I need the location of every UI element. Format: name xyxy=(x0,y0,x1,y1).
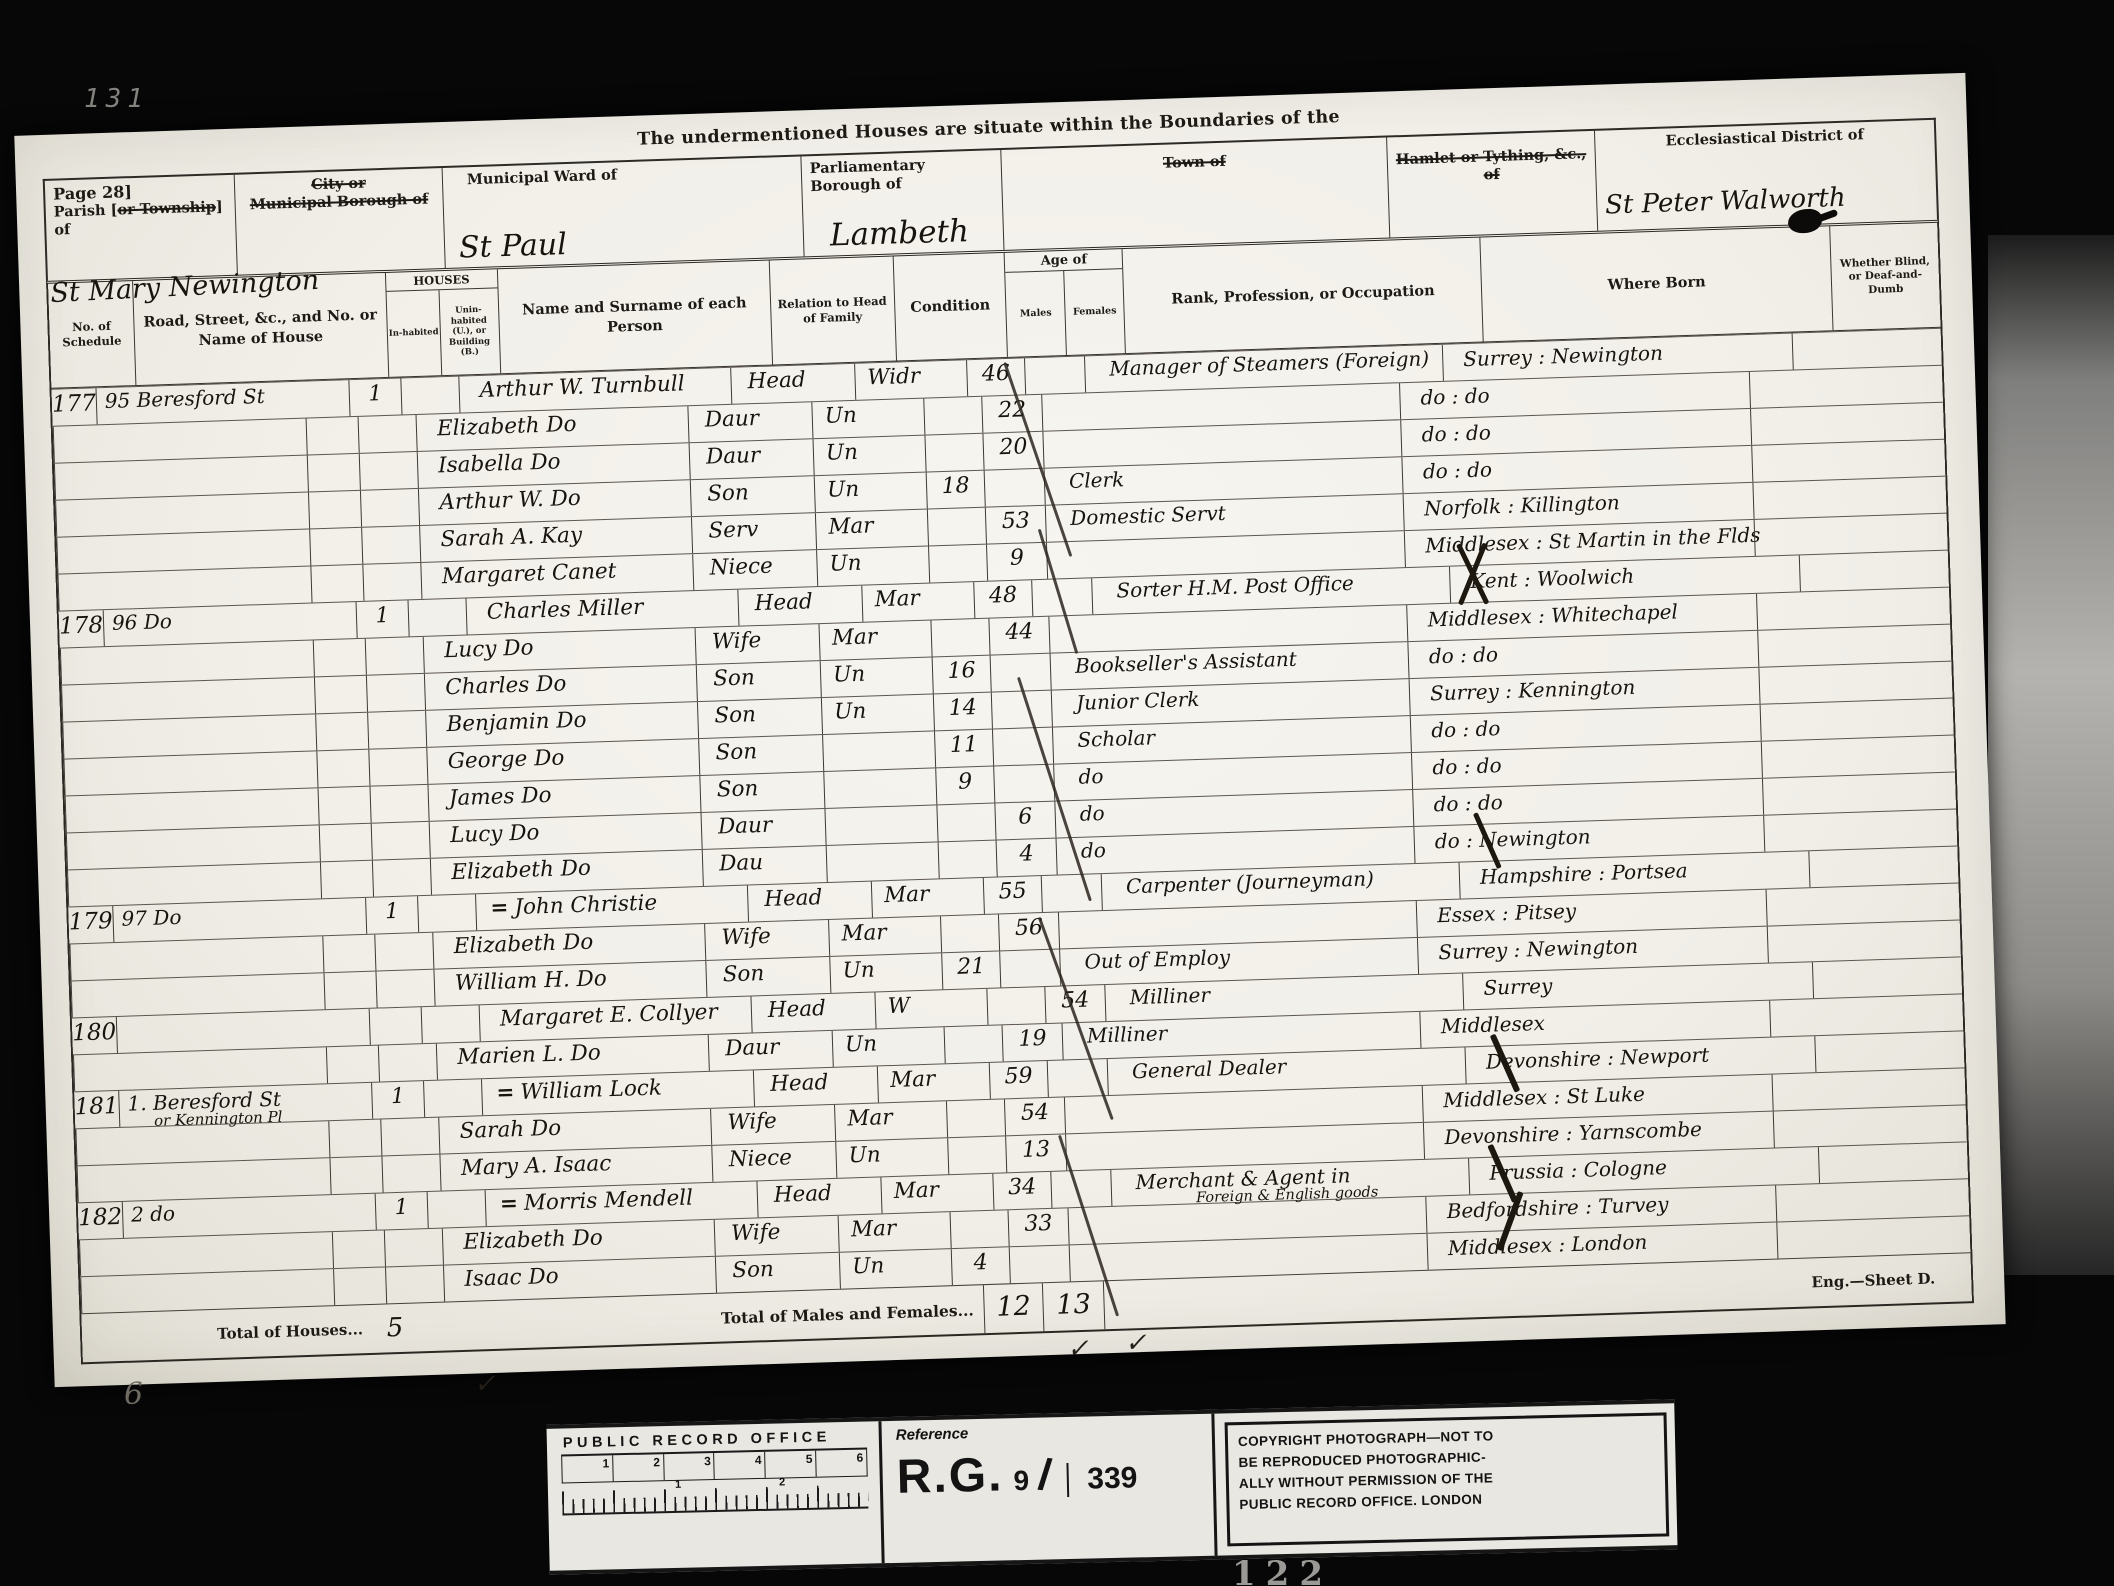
total-males: 12 xyxy=(984,1283,1045,1333)
blind-deaf-dumb xyxy=(1773,1108,1882,1147)
enumerator-mark xyxy=(480,600,481,625)
relation-to-head: Son xyxy=(690,476,815,516)
houses-inhabited: 1 xyxy=(365,896,418,934)
age-male: 9 xyxy=(935,767,994,805)
age-male: 59 xyxy=(989,1061,1048,1099)
age-female: 9 xyxy=(986,543,1047,581)
age-male: 48 xyxy=(973,580,1032,618)
houses-inhabited xyxy=(328,1120,381,1158)
houses-inhabited xyxy=(306,417,359,455)
town-box: Town of xyxy=(1001,138,1390,250)
age-female: 54 xyxy=(1004,1097,1065,1135)
blind-deaf-dumb xyxy=(1772,1071,1881,1110)
schedule-number: 178 xyxy=(59,610,104,647)
ruler-inch-label: 1 xyxy=(562,1455,612,1482)
relation-to-head: Daur xyxy=(701,809,826,849)
relation-to-head: Son xyxy=(696,661,821,701)
header-inhabited: In-habited xyxy=(386,290,441,377)
person-name: Margaret E. Collyer xyxy=(500,1000,719,1032)
blind-deaf-dumb xyxy=(1812,959,1921,998)
blind-deaf-dumb xyxy=(1769,997,1878,1036)
header-blind: Whether Blind, or Deaf-and-Dumb xyxy=(1829,223,1940,330)
enumerator-mark xyxy=(444,823,445,848)
age-female: 13 xyxy=(1005,1134,1066,1172)
condition: Un xyxy=(813,436,926,476)
reference-series: R.G. xyxy=(896,1447,1004,1504)
houses-inhabited xyxy=(369,1007,422,1045)
address-line1: 95 Beresford St xyxy=(104,380,349,414)
houses-uninhabited xyxy=(358,415,417,453)
relation-to-head: Head xyxy=(737,586,862,626)
relation-to-head: Wife xyxy=(704,920,829,960)
relation-to-head: Head xyxy=(753,1066,878,1106)
header-houses-group: HOUSES In-habited Unin-habited (U.), or … xyxy=(385,269,500,377)
condition: W xyxy=(874,989,987,1029)
enumerator-mark xyxy=(440,712,441,737)
total-females: 13 xyxy=(1043,1281,1106,1331)
blind-deaf-dumb xyxy=(1760,701,1869,740)
blind-deaf-dumb xyxy=(1763,812,1872,851)
houses-uninhabited xyxy=(366,674,425,712)
enumerator-mark: = xyxy=(500,1191,519,1217)
age-female: 4 xyxy=(996,839,1057,877)
enumerator-mark: = xyxy=(496,1080,515,1106)
houses-uninhabited xyxy=(372,859,431,897)
relation-to-head: Wife xyxy=(695,624,820,664)
blind-deaf-dumb xyxy=(1752,479,1861,518)
person-name: Elizabeth Do xyxy=(437,412,577,441)
houses-inhabited: 1 xyxy=(355,600,408,638)
reference-value: R.G. 9 / 339 xyxy=(896,1443,1199,1505)
houses-uninhabited xyxy=(374,933,433,971)
houses-inhabited xyxy=(323,972,376,1010)
blind-deaf-dumb xyxy=(1756,590,1865,629)
census-page: The undermentioned Houses are situate wi… xyxy=(14,73,2005,1387)
houses-uninhabited xyxy=(369,785,428,823)
enumerator-mark xyxy=(434,527,435,552)
person-name: Marien L. Do xyxy=(457,1040,601,1070)
person-name: Elizabeth Do xyxy=(453,930,593,959)
age-female: 22 xyxy=(981,395,1042,433)
schedule-number: 181 xyxy=(74,1091,119,1128)
age-male: 14 xyxy=(933,693,992,731)
houses-uninhabited xyxy=(380,1118,439,1156)
reference-piece: 339 xyxy=(1067,1461,1138,1497)
houses-inhabited xyxy=(333,1267,386,1305)
enumerator-mark xyxy=(448,971,449,996)
parliamentary-box: Parliamentary Borough of Lambeth xyxy=(800,150,1003,256)
borough-box: City or Municipal Borough of xyxy=(234,168,445,275)
houses-uninhabited xyxy=(371,822,430,860)
reference-class: 9 xyxy=(1013,1465,1029,1497)
person-name: William Lock xyxy=(520,1075,662,1105)
ward-box: Municipal Ward of St Paul xyxy=(441,156,803,268)
relation-to-head: Wife xyxy=(710,1105,835,1145)
age-male: 55 xyxy=(983,876,1042,914)
person-name: Isaac Do xyxy=(464,1264,559,1292)
person-name: John Christie xyxy=(514,890,658,920)
relation-to-head: Head xyxy=(756,1177,881,1217)
schedule-number: 182 xyxy=(78,1202,123,1239)
blind-deaf-dumb xyxy=(1766,886,1875,925)
houses-inhabited: 1 xyxy=(375,1192,428,1230)
enumerator-mark xyxy=(451,1045,452,1070)
condition: Un xyxy=(811,399,924,439)
houses-uninhabited xyxy=(400,377,459,415)
blind-deaf-dumb xyxy=(1767,923,1876,962)
houses-uninhabited xyxy=(384,1229,443,1267)
houses-inhabited xyxy=(319,824,372,862)
age-male: 34 xyxy=(992,1172,1051,1210)
age-male xyxy=(923,397,982,435)
houses-inhabited xyxy=(322,935,375,973)
hamlet-label-struck: Hamlet or Tything, &c., of xyxy=(1395,145,1587,187)
person-name: Benjamin Do xyxy=(446,708,587,738)
blind-deaf-dumb xyxy=(1749,368,1858,407)
houses-uninhabited xyxy=(407,599,466,637)
age-female: 19 xyxy=(1002,1023,1063,1061)
enumerator-mark xyxy=(431,417,432,442)
houses-uninhabited xyxy=(385,1266,444,1304)
blind-deaf-dumb xyxy=(1799,552,1908,591)
ward-label: Municipal Ward of xyxy=(451,161,794,190)
enumerator-mark xyxy=(432,454,433,479)
relation-to-head: Son xyxy=(698,735,823,775)
person-name: Sarah Do xyxy=(459,1116,561,1144)
age-male xyxy=(936,804,995,842)
header-born: Where Born xyxy=(1480,226,1833,341)
schedule-number: 177 xyxy=(52,388,97,425)
total-houses-label: Total of Houses... xyxy=(82,1320,371,1347)
age-male: 18 xyxy=(926,471,985,509)
person-name: Lucy Do xyxy=(444,635,534,663)
enumerator-mark xyxy=(458,1267,459,1292)
age-female: 53 xyxy=(985,506,1046,544)
person-name: Elizabeth Do xyxy=(463,1225,603,1254)
check-mark-houses: ✓ xyxy=(473,1369,496,1400)
houses-inhabited xyxy=(326,1046,379,1084)
houses-uninhabited xyxy=(360,489,419,527)
enumerator-mark xyxy=(438,638,439,663)
ruler-inch-label: 5 xyxy=(764,1451,815,1478)
table-rows: 177 95 Beresford St 1 Arthur W. Turnbull… xyxy=(51,328,1970,1314)
age-female xyxy=(991,691,1052,729)
person-name: Elizabeth Do xyxy=(451,856,591,885)
age-male xyxy=(924,434,983,472)
pro-ruler: PUBLIC RECORD OFFICE 123456 1 2 xyxy=(547,1421,882,1570)
condition: Un xyxy=(839,1249,952,1289)
blind-deaf-dumb xyxy=(1762,775,1871,814)
ruler-cm-labels: 1 2 xyxy=(562,1475,869,1512)
houses-uninhabited xyxy=(421,1005,480,1043)
blind-deaf-dumb xyxy=(1792,330,1901,369)
person-name: Charles Do xyxy=(445,671,567,700)
header-occupation: Rank, Profession, or Occupation xyxy=(1122,238,1483,353)
houses-uninhabited xyxy=(427,1190,486,1228)
relation-to-head: Daur xyxy=(687,402,812,442)
blind-deaf-dumb xyxy=(1758,664,1867,703)
relation-to-head: Son xyxy=(715,1253,840,1293)
age-male xyxy=(947,1136,1006,1174)
header-name: Name and Surname of each Person xyxy=(497,261,772,374)
condition: Un xyxy=(820,657,933,697)
header-relation: Relation to Head of Family xyxy=(768,257,895,365)
person-name: James Do xyxy=(449,783,552,811)
condition: Un xyxy=(821,694,934,734)
age-female xyxy=(984,469,1045,507)
enumerator-mark xyxy=(454,1156,455,1181)
blind-deaf-dumb xyxy=(1750,405,1859,444)
relation-to-head: Son xyxy=(705,957,830,997)
houses-inhabited xyxy=(313,639,366,677)
relation-to-head: Head xyxy=(747,882,872,922)
age-male xyxy=(946,1099,1005,1137)
relation-to-head: Head xyxy=(750,993,875,1033)
ruler-inch-label: 6 xyxy=(815,1450,866,1477)
houses-inhabited xyxy=(310,565,363,603)
age-male: 4 xyxy=(951,1247,1010,1285)
houses-uninhabited xyxy=(381,1155,440,1193)
folio-number-pencil: 131 xyxy=(84,84,149,114)
pencil-six: 6 xyxy=(123,1376,143,1412)
blind-deaf-dumb xyxy=(1757,627,1866,666)
header-males: Males xyxy=(1006,271,1066,357)
relation-to-head: Serv xyxy=(691,513,816,553)
blind-deaf-dumb xyxy=(1814,1033,1923,1072)
parish-label-pre: Parish [ xyxy=(54,202,118,221)
condition: Un xyxy=(829,953,942,993)
ecclesiastical-label: Ecclesiastical District of xyxy=(1603,124,1927,153)
ruler-tick-scale: 1 2 xyxy=(562,1477,869,1516)
relation-to-head: Son xyxy=(699,772,824,812)
header-uninhabited: Unin-habited (U.), or Building (B.) xyxy=(438,288,499,375)
ecclesiastical-box: Ecclesiastical District of St Peter Walw… xyxy=(1594,120,1937,231)
book-page-edge xyxy=(1988,235,2114,1275)
total-houses-value: 5 xyxy=(371,1312,420,1344)
houses-uninhabited xyxy=(417,894,476,932)
relation-to-head: Niece xyxy=(711,1142,836,1182)
age-female: 6 xyxy=(994,802,1055,840)
reference-separator: / xyxy=(1036,1450,1054,1501)
totals-spacer xyxy=(419,1325,481,1327)
relation-to-head: Wife xyxy=(714,1216,839,1256)
houses-uninhabited xyxy=(375,970,434,1008)
age-male xyxy=(986,987,1045,1025)
condition xyxy=(826,842,939,882)
age-female: 33 xyxy=(1008,1208,1069,1246)
age-female: 44 xyxy=(988,617,1049,655)
enumeration-table: No. of Schedule Road, Street, &c., and N… xyxy=(46,220,1974,1365)
condition: Mar xyxy=(838,1212,951,1252)
parliamentary-label: Parliamentary Borough of xyxy=(809,154,993,196)
reference-label: Reference xyxy=(896,1420,1198,1444)
relation-to-head: Daur xyxy=(708,1031,833,1071)
enumerator-mark xyxy=(453,1119,454,1144)
blind-deaf-dumb xyxy=(1808,848,1917,887)
ruler-cm-label: 1 xyxy=(675,1479,681,1491)
header-age-group: Age of Males Females xyxy=(1004,249,1125,357)
houses-uninhabited xyxy=(378,1044,437,1082)
enumerator-mark xyxy=(447,934,448,959)
enumerator-mark xyxy=(494,1007,495,1032)
age-female xyxy=(1024,356,1085,394)
age-male xyxy=(944,1025,1003,1063)
enumerator-mark: = xyxy=(490,895,509,921)
person-name: Isabella Do xyxy=(438,449,561,478)
age-male xyxy=(930,619,989,657)
borough-struck-line2: Municipal Borough of xyxy=(250,191,429,215)
age-male xyxy=(940,914,999,952)
blind-deaf-dumb xyxy=(1818,1144,1927,1183)
houses-inhabited: 1 xyxy=(348,379,401,417)
header-condition: Condition xyxy=(892,253,1007,361)
blind-deaf-dumb xyxy=(1751,442,1860,481)
blind-deaf-dumb xyxy=(1761,738,1870,777)
houses-inhabited xyxy=(309,528,362,566)
parliamentary-value: Lambeth xyxy=(829,213,969,253)
houses-inhabited xyxy=(332,1230,385,1268)
enumerator-mark xyxy=(435,564,436,589)
condition: Un xyxy=(814,473,927,513)
houses-inhabited: 1 xyxy=(371,1081,424,1119)
schedule-number: 179 xyxy=(68,906,113,943)
age-male: 21 xyxy=(941,951,1000,989)
houses-inhabited xyxy=(314,676,367,714)
parish-label: Parish [or Township] of xyxy=(54,198,228,240)
houses-uninhabited xyxy=(423,1079,482,1117)
enumerator-mark xyxy=(445,860,446,885)
person-name: Charles Miller xyxy=(486,595,643,625)
houses-inhabited xyxy=(318,787,371,825)
houses-uninhabited xyxy=(367,711,426,749)
condition xyxy=(823,768,936,808)
enumerator-mark xyxy=(443,786,444,811)
person-name: Sarah A. Kay xyxy=(440,523,582,553)
condition: Mar xyxy=(880,1174,993,1214)
age-female xyxy=(1009,1245,1070,1283)
houses-inhabited xyxy=(316,750,369,788)
condition: Mar xyxy=(834,1101,947,1141)
ruler-inch-label: 3 xyxy=(663,1453,714,1480)
enumerator-mark xyxy=(439,675,440,700)
houses-uninhabited xyxy=(359,452,418,490)
age-male: 11 xyxy=(934,730,993,768)
houses-inhabited xyxy=(308,491,361,529)
person-name: Arthur W. Turnbull xyxy=(479,371,685,403)
condition: Mar xyxy=(871,878,984,918)
relation-to-head: Niece xyxy=(692,550,817,590)
condition: Mar xyxy=(818,621,931,661)
condition: Mar xyxy=(877,1063,990,1103)
relation-to-head: Dau xyxy=(702,846,827,886)
copyright-section: COPYRIGHT PHOTOGRAPH—NOT TOBE REPRODUCED… xyxy=(1214,1403,1677,1555)
condition: Un xyxy=(832,1027,945,1067)
houses-uninhabited xyxy=(365,637,424,675)
condition: Un xyxy=(816,547,929,587)
person-name: Margaret Canet xyxy=(441,559,616,590)
age-female xyxy=(993,765,1054,803)
age-female xyxy=(1041,874,1102,912)
header-females: Females xyxy=(1063,269,1125,355)
houses-uninhabited xyxy=(362,563,421,601)
pro-reference-strip: PUBLIC RECORD OFFICE 123456 1 2 Referenc… xyxy=(546,1399,1677,1575)
age-male xyxy=(927,508,986,546)
reference-section: Reference R.G. 9 / 339 xyxy=(878,1414,1217,1564)
blind-deaf-dumb xyxy=(1776,1219,1885,1258)
person-name: Morris Mendell xyxy=(524,1185,694,1215)
relation-to-head: Head xyxy=(730,364,855,404)
enumerator-mark xyxy=(433,491,434,516)
condition: Mar xyxy=(861,582,974,622)
person-name: Arthur W. Do xyxy=(439,486,581,516)
census-photo: 131 122 The undermentioned Houses are si… xyxy=(0,0,2114,1586)
age-male xyxy=(928,545,987,583)
person-name: Lucy Do xyxy=(450,820,540,848)
parish-box: Page 28] Parish [or Township] of St Mary… xyxy=(45,175,237,281)
houses-uninhabited xyxy=(368,748,427,786)
condition: Un xyxy=(835,1138,948,1178)
houses-uninhabited xyxy=(361,526,420,564)
person-name: Mary A. Isaac xyxy=(460,1151,611,1181)
condition xyxy=(822,731,935,771)
houses-inhabited xyxy=(315,713,368,751)
enumerator-mark xyxy=(441,749,442,774)
census-page-content: The undermentioned Houses are situate wi… xyxy=(42,84,1976,1420)
age-male xyxy=(938,841,997,879)
enumerator-mark xyxy=(457,1230,458,1255)
blind-deaf-dumb xyxy=(1775,1182,1884,1221)
ruler-cm-label: 2 xyxy=(779,1476,785,1488)
condition: Widr xyxy=(854,360,967,400)
age-male: 16 xyxy=(932,656,991,694)
town-label-struck: Town of xyxy=(1010,148,1379,178)
age-male: 46 xyxy=(966,358,1025,396)
copyright-notice: COPYRIGHT PHOTOGRAPH—NOT TOBE REPRODUCED… xyxy=(1225,1412,1670,1546)
condition: Mar xyxy=(815,510,928,550)
relation-to-head: Daur xyxy=(689,439,814,479)
condition xyxy=(824,805,937,845)
check-mark-males: ✓ xyxy=(1067,1334,1090,1365)
person-name: William H. Do xyxy=(454,966,607,996)
houses-inhabited xyxy=(329,1157,382,1195)
relation-to-head: Son xyxy=(697,698,822,738)
enumerator-mark xyxy=(473,378,474,403)
borough-struck-line1: City or xyxy=(311,175,366,195)
ruler-inch-label: 4 xyxy=(714,1452,765,1479)
parish-label-struck: or Township xyxy=(117,198,216,218)
schedule-number: 180 xyxy=(72,1017,117,1054)
blind-deaf-dumb xyxy=(1754,516,1863,555)
hamlet-box: Hamlet or Tything, &c., of xyxy=(1386,131,1597,238)
houses-inhabited xyxy=(320,861,373,899)
check-mark-females: ✓ xyxy=(1124,1328,1147,1359)
ruler-inch-label: 2 xyxy=(612,1454,663,1481)
age-male xyxy=(950,1210,1009,1248)
ward-value: St Paul xyxy=(458,227,567,265)
person-name: George Do xyxy=(447,745,564,774)
next-folio-number: 122 xyxy=(1232,1554,1333,1586)
condition: Mar xyxy=(828,916,941,956)
houses-inhabited xyxy=(307,454,360,492)
